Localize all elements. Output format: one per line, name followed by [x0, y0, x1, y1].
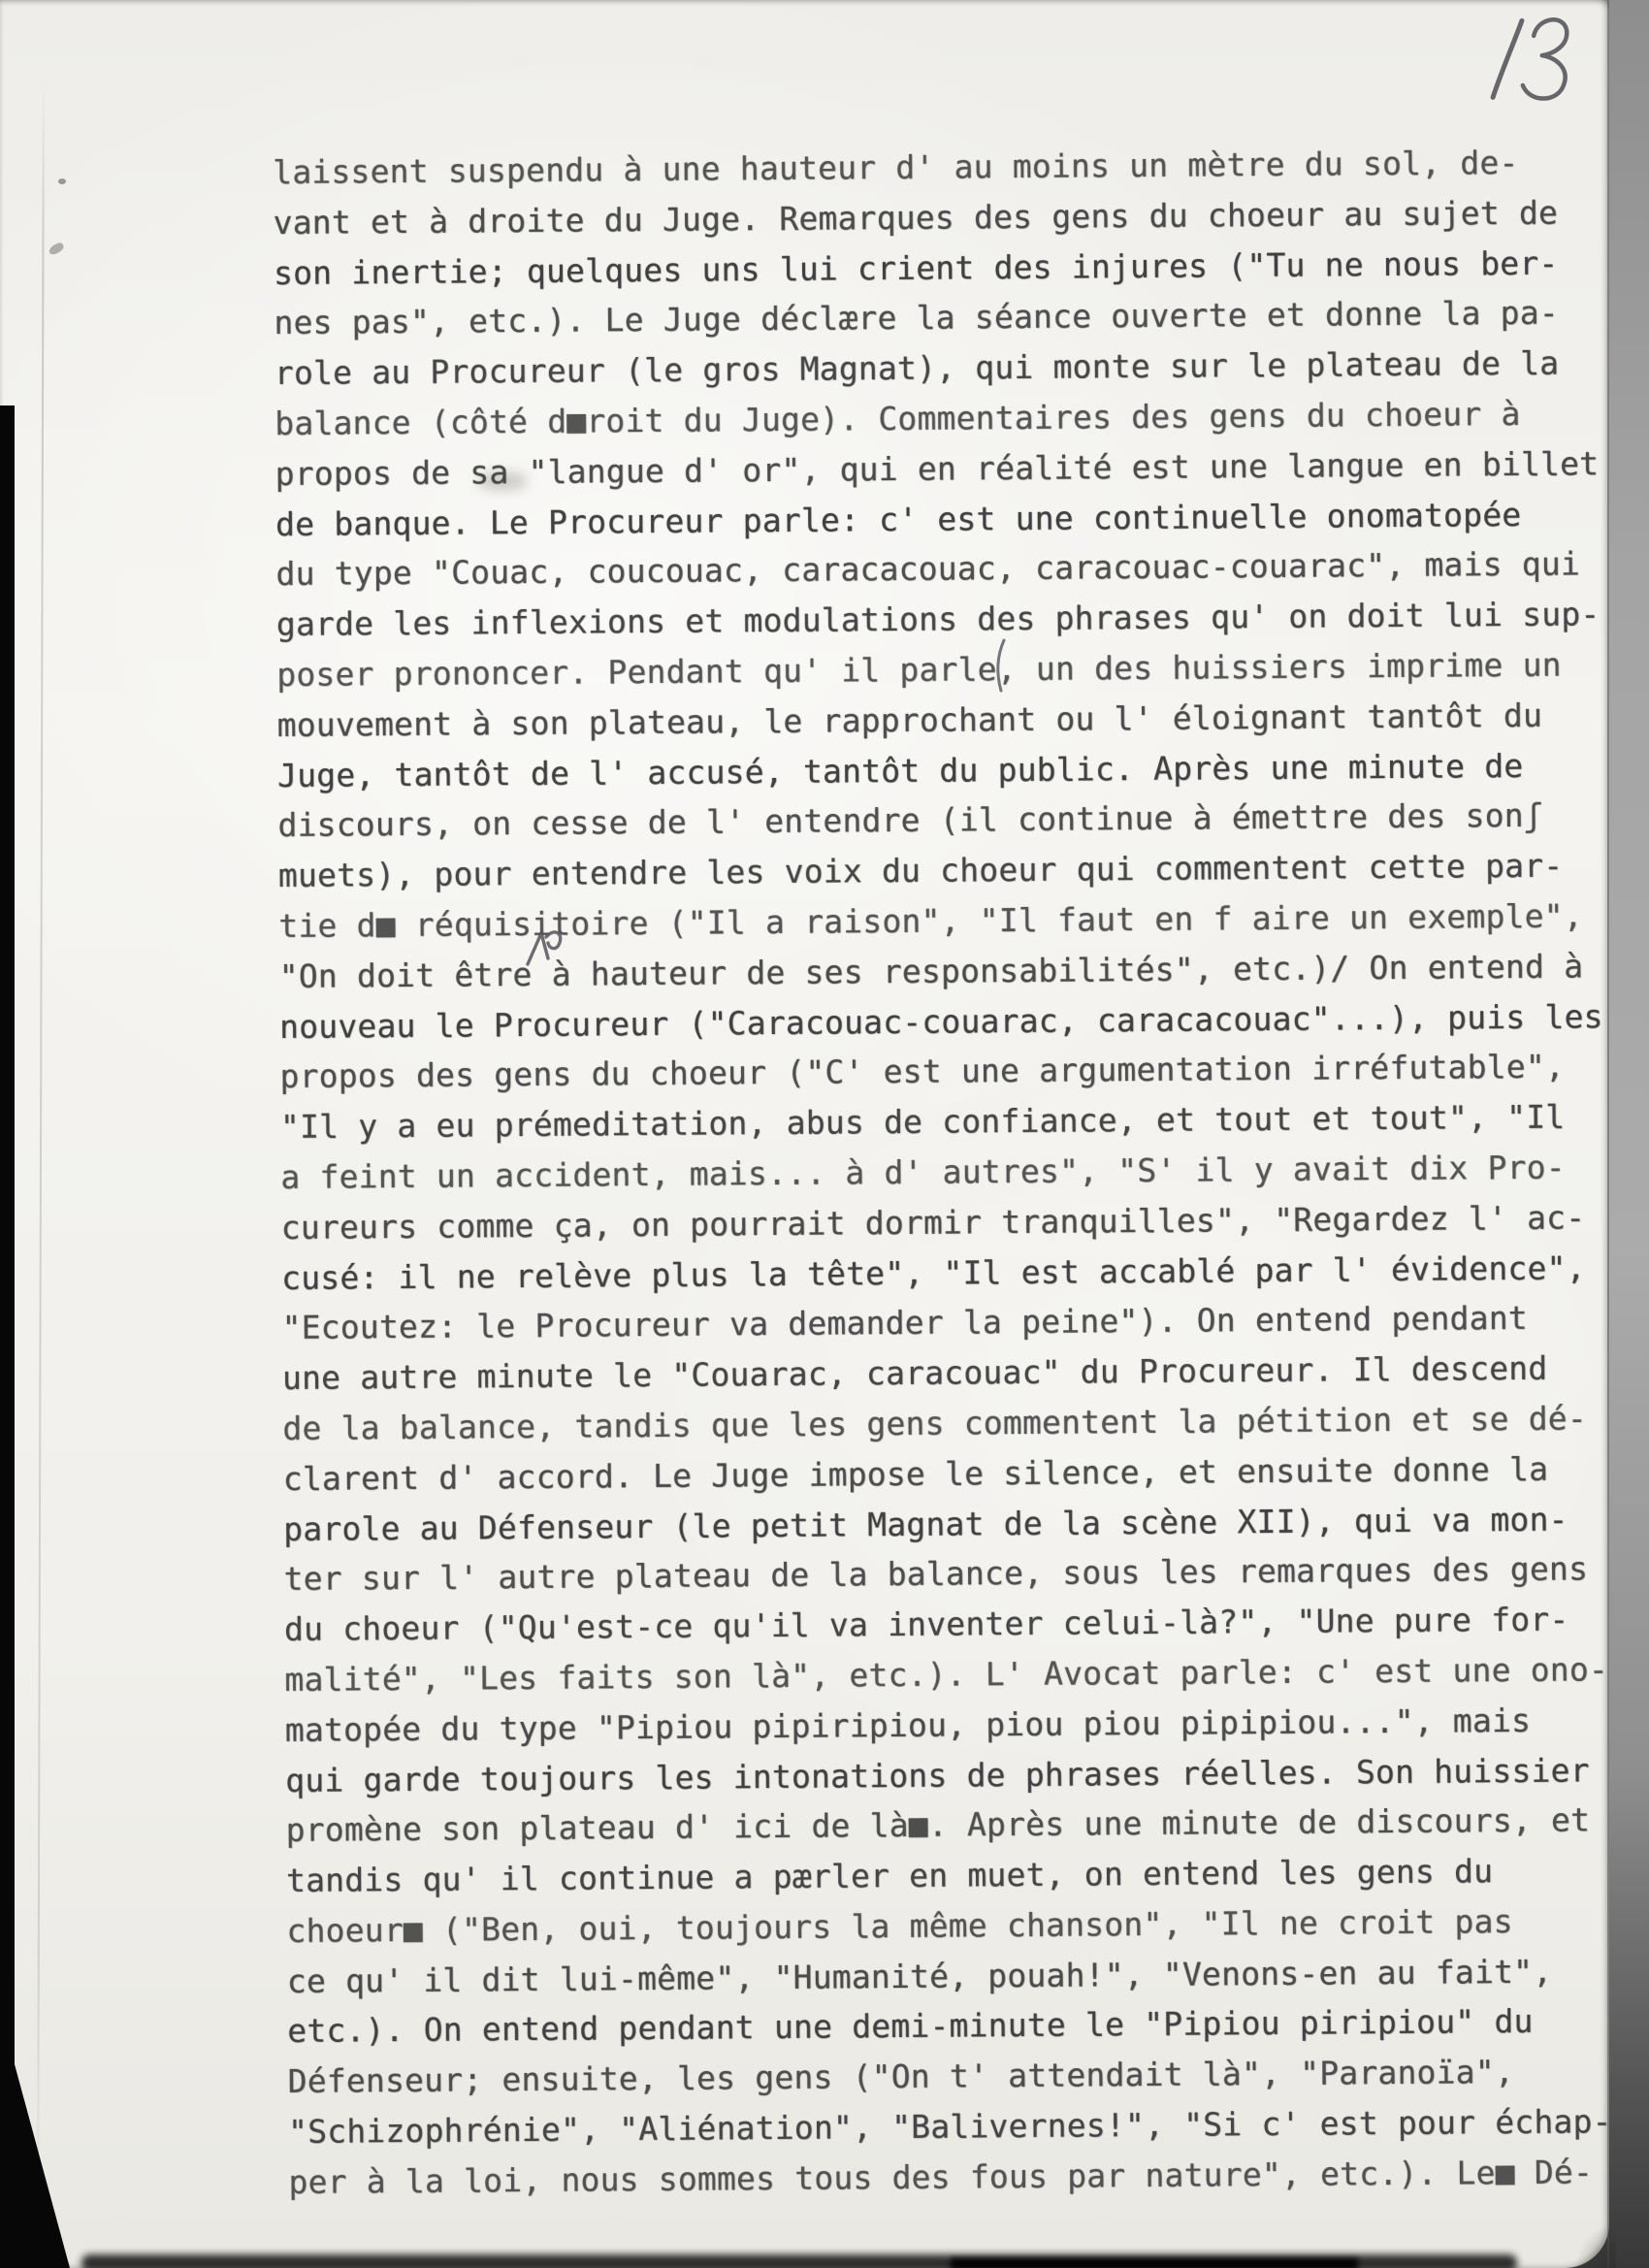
handwriting-13-glyph	[1472, 4, 1608, 118]
scanned-typescript-page: laissent suspendu à une hauteur d' au mo…	[0, 0, 1649, 2268]
showthrough-bottom-band	[951, 2258, 1358, 2268]
typed-text-block: laissent suspendu à une hauteur d' au mo…	[273, 137, 1612, 2207]
caret-scribble	[546, 932, 561, 949]
paper-speck	[58, 178, 66, 184]
digit-3-stroke	[1521, 16, 1571, 101]
page-corner-curl	[1548, 2190, 1616, 2268]
handwritten-vertical-stroke	[991, 636, 1011, 695]
handwritten-page-number: 13	[1472, 4, 1608, 118]
handwritten-insertion-caret	[520, 920, 574, 976]
typed-line: per à la loi, nous sommes tous des fous …	[288, 2147, 1612, 2208]
stroke-mark	[998, 640, 1004, 691]
digit-1-stroke	[1493, 18, 1522, 100]
scanner-edge-left	[0, 405, 15, 2268]
